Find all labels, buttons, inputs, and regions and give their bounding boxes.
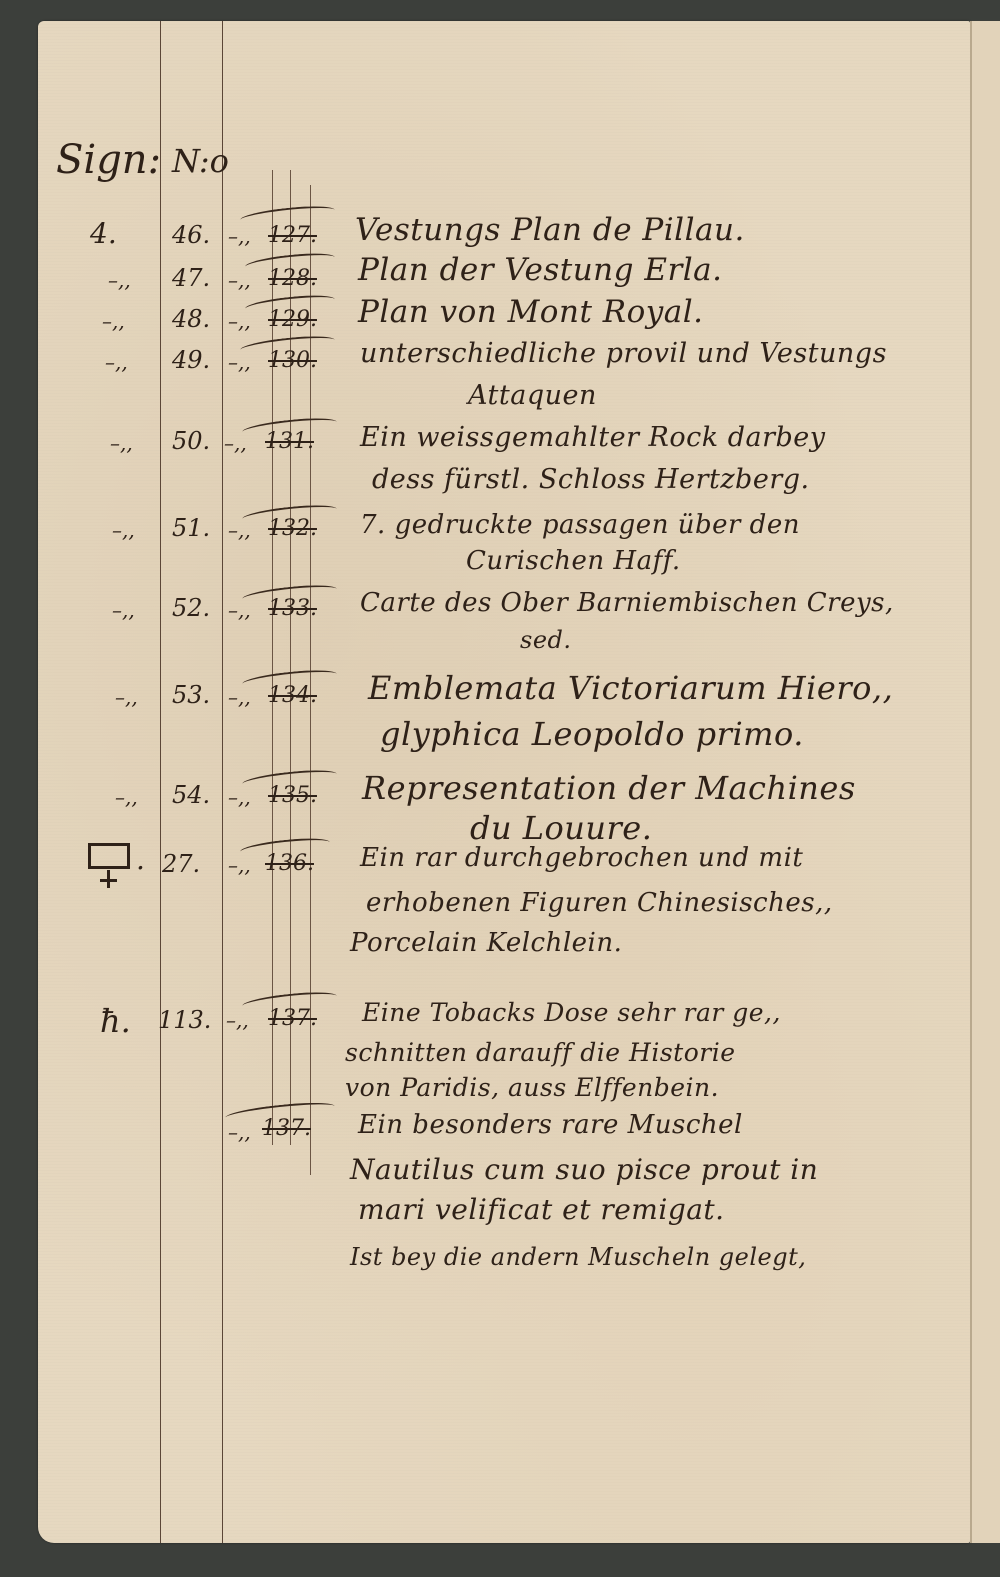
entry-sign: –,, — [115, 787, 138, 807]
entry-sign: –,, — [112, 520, 135, 540]
entry-ditto: –,, — [226, 1010, 249, 1030]
entry-description-cont: du Louure. — [470, 812, 652, 844]
entry-sign: –,, — [108, 270, 131, 290]
entry-old-number: 132. — [268, 518, 317, 540]
entry-description-cont: Nautilus cum suo pisce prout in — [350, 1156, 818, 1184]
entry-sign: –,, — [115, 687, 138, 707]
entry-description: Representation der Machines — [362, 772, 856, 804]
entry-old-number: 137. — [262, 1118, 311, 1140]
entry-number: 51. — [172, 516, 210, 540]
entry-description: Vestungs Plan de Pillau. — [355, 215, 745, 246]
entry-old-number: 127. — [268, 225, 317, 247]
entry-description-cont: Curischen Haff. — [466, 548, 681, 574]
entry-description: Ein weissgemahlter Rock darbey — [360, 424, 826, 451]
entry-number: 113. — [158, 1008, 211, 1032]
entry-number: 53. — [172, 683, 210, 707]
entry-description: Ein rar durchgebrochen und mit — [360, 845, 803, 871]
column-header-number: N:o — [172, 145, 229, 177]
column-rule-number — [222, 21, 223, 1543]
entry-description: unterschiedliche provil und Vestungs — [360, 340, 887, 367]
entry-number: 47. — [172, 266, 210, 290]
column-header-sign: Sign: — [56, 140, 161, 180]
entry-sign: 4. — [90, 220, 117, 248]
entry-description-cont: schnitten darauff die Historie — [345, 1040, 736, 1065]
entry-description: Emblemata Victoriarum Hiero,, — [368, 672, 893, 704]
entry-sign: –,, — [110, 433, 133, 453]
entry-number: 50. — [172, 429, 210, 453]
entry-sign: –,, — [112, 600, 135, 620]
entry-old-number: 135. — [268, 785, 317, 807]
entry-description: 7. gedruckte passagen über den — [360, 512, 800, 538]
entry-ditto: –,, — [228, 226, 251, 246]
entry-number: 48. — [172, 307, 210, 331]
entry-description: Eine Tobacks Dose sehr rar ge,, — [362, 1000, 781, 1025]
entry-description-cont: Porcelain Kelchlein. — [350, 930, 622, 956]
entry-number: 54. — [172, 783, 210, 807]
entry-description-cont: erhobenen Figuren Chinesisches,, — [366, 890, 833, 916]
entry-old-number: 136. — [265, 853, 314, 875]
entry-old-number: 131. — [265, 431, 314, 453]
entry-description-cont: sed. — [520, 628, 572, 652]
entry-description-cont: mari velificat et remigat. — [358, 1196, 725, 1224]
entry-old-number: 128. — [268, 268, 317, 290]
entry-description-cont: glyphica Leopoldo primo. — [380, 718, 804, 750]
entry-description: Ein besonders rare Muschel — [358, 1112, 743, 1138]
column-rule-sign — [160, 21, 161, 1543]
entry-number: 49. — [172, 348, 210, 372]
entry-old-number: 134. — [268, 685, 317, 707]
entry-number: 46. — [172, 223, 210, 247]
entry-old-number: 133. — [268, 598, 317, 620]
entry-ditto: –,, — [228, 1122, 251, 1142]
entry-description-cont: Attaquen — [468, 382, 597, 409]
entry-sign: –,, — [102, 311, 125, 331]
entry-description: Plan von Mont Royal. — [358, 297, 704, 328]
entry-description-cont: von Paridis, auss Elffenbein. — [345, 1075, 719, 1100]
entry-sign: –,, — [105, 352, 128, 372]
entry-old-number: 137. — [268, 1008, 317, 1030]
entry-description: Carte des Ober Barniembischen Creys, — [360, 590, 894, 616]
adjacent-page-edge — [970, 21, 1000, 1543]
entry-number: 52. — [172, 596, 210, 620]
entry-description-cont: dess fürstl. Schloss Hertzberg. — [372, 466, 810, 493]
entry-number: 27. — [162, 852, 200, 876]
entry-old-number: 130. — [268, 350, 317, 372]
entry-description: Plan der Vestung Erla. — [358, 255, 723, 286]
entry-note: Ist bey die andern Muscheln gelegt, — [350, 1245, 806, 1269]
symbol-dot: . — [136, 846, 145, 874]
entry-old-number: 129. — [268, 309, 317, 331]
entry-sign: ħ. — [100, 1005, 131, 1037]
box-cross-symbol-icon — [88, 843, 130, 869]
